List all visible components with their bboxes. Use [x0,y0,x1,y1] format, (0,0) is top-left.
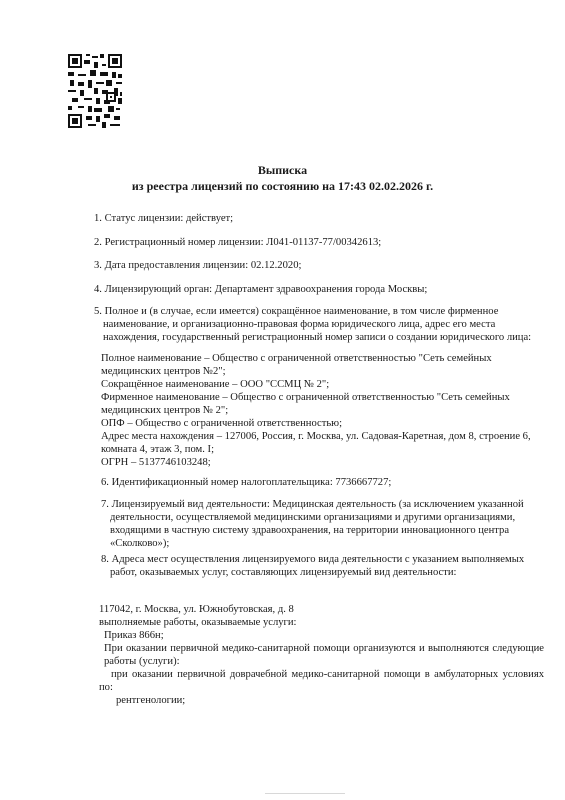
service-radiology: рентгенологии; [116,694,185,707]
item-issue-date: 3. Дата предоставления лицензии: 02.12.2… [94,259,301,272]
works-label: выполняемые работы, оказываемые услуги: [99,616,297,629]
item-inn: 6. Идентификационный номер налогоплатель… [101,476,391,489]
org-full-name: Полное наименование – Общество с огранич… [101,352,531,378]
item-registration-number: 2. Регистрационный номер лицензии: Л041-… [94,236,381,249]
primary-care-text: При оказании первичной медико-санитарной… [104,642,544,668]
item-legal-entity-heading: 5. Полное и (в случае, если имеется) сок… [94,305,543,344]
org-opf: ОПФ – Общество с ограниченной ответствен… [101,417,342,430]
org-short-name: Сокращённое наименование – ООО "ССМЦ № 2… [101,378,329,391]
document-title: Выписка [0,163,565,178]
item-licensing-authority: 4. Лицензирующий орган: Департамент здра… [94,283,427,296]
org-ogrn: ОГРН – 5137746103248; [101,456,211,469]
item-licensed-activity: 7. Лицензируемый вид деятельности: Медиц… [101,498,540,550]
org-brand-name: Фирменное наименование – Общество с огра… [101,391,511,417]
qr-code-icon [66,52,124,130]
org-address: Адрес места нахождения – 127006, Россия,… [101,430,531,456]
faint-footer-line [265,793,345,794]
item-activity-addresses: 8. Адреса мест осуществления лицензируем… [101,553,530,579]
prehospital-care-text: при оказании первичной доврачебной медик… [99,668,544,694]
item-license-status: 1. Статус лицензии: действует; [94,212,233,225]
order-number: Приказ 866н; [104,629,164,642]
document-subtitle: из реестра лицензий по состоянию на 17:4… [0,179,565,194]
activity-address: 117042, г. Москва, ул. Южнобутовская, д.… [99,603,294,616]
